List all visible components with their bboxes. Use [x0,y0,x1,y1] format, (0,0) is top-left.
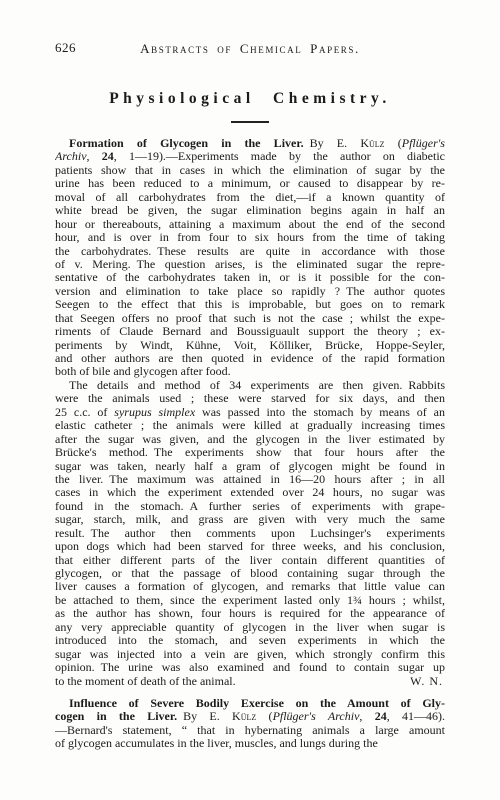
text-line: 25 c.c. of syrupus simplex was passed in… [55,406,445,419]
text-line: found in the stomach. A further series o… [55,500,445,513]
text-line: liver causes a formation of glycogen, an… [55,580,445,593]
section-title: Physiological Chemistry. [0,90,500,108]
text-segment: Seegen to the effect that this is improb… [55,298,445,311]
text-segment: 24 [102,150,114,163]
text-segment: upon dogs which had been starved for thr… [55,540,445,553]
section-divider-rule [231,121,269,123]
text-line: Seegen to the effect that this is improb… [55,298,445,311]
text-line: urine has been reduced to a minimum, or … [55,177,445,190]
text-line: elastic catheter ; the animals were kill… [55,419,445,432]
text-segment: that Seegen offers no proof that such is… [55,312,445,325]
text-line: white bread be given, the sugar eliminat… [55,204,445,217]
text-segment: to the moment of death of the animal. [55,675,236,688]
text-segment: opinion. The urine was also examined and… [55,661,445,674]
text-line: glycogen, or that the passage of blood c… [55,567,445,580]
text-line: both of bile and glycogen after food. [55,365,445,378]
text-segment: , [87,150,102,163]
text-segment: cases in which the experiment extended o… [55,486,445,499]
text-line: sugar, starch, milk, and grass are given… [55,513,445,526]
text-segment: elastic catheter ; the animals were kill… [55,419,445,432]
text-line: the liver. The maximum was attained in 1… [55,473,445,486]
text-segment: ( [256,710,272,723]
text-line: cogen in the Liver. By E. Külz (Pflüger'… [55,710,445,723]
text-segment: By E. [177,710,232,723]
text-line: to the moment of death of the animal.W. … [55,675,445,688]
text-segment: Pflüger's Archiv [273,710,360,723]
text-line: of v. Mering. The question arises, is th… [55,258,445,271]
text-line: of glycogen accumulates in the liver, mu… [55,737,445,750]
text-line: and other authors are then quoted in evi… [55,352,445,365]
text-segment: version and elimination to take place so… [55,285,445,298]
text-line: Formation of Glycogen in the Liver. By E… [55,137,445,150]
text-segment: that either different parts of the liver… [55,554,445,567]
text-segment: Archiv [55,150,87,163]
text-line: —Bernard's statement, “ that in hybernat… [55,724,445,737]
abstracts-container: Formation of Glycogen in the Liver. By E… [55,137,445,751]
text-segment: hour or thereabouts, attaining a maximum… [55,218,445,231]
text-segment: periments by Windt, Kühne, Voit, Köllike… [55,339,445,352]
page-header: 626 Abstracts of Chemical Papers. [55,40,445,56]
text-segment: liver causes a formation of glycogen, an… [55,580,445,593]
text-line: Influence of Severe Bodily Exercise on t… [55,697,445,710]
text-segment: Formation of Glycogen in the Liver. [69,137,304,150]
text-line: Brücke's method. The experiments show th… [55,446,445,459]
text-segment: glycogen, or that the passage of blood c… [55,567,445,580]
text-segment: sugar, starch, milk, and grass are given… [55,513,445,526]
text-line: be attached to them, since the experimen… [55,594,445,607]
text-segment: ( [385,137,402,150]
text-segment: hour, and is over in from four to six ho… [55,231,445,244]
text-segment: any very appreciable quantity of glycoge… [55,621,445,634]
text-segment: By E. [304,137,361,150]
text-line: patients show that in cases in which the… [55,164,445,177]
text-segment: as the author has shown, four hours is r… [55,607,445,620]
text-segment: was passed into the stomach by means of … [195,406,445,419]
text-segment: of v. Mering. The question arises, is th… [55,258,445,271]
author-initials: W. N. [410,675,443,688]
document-page: 626 Abstracts of Chemical Papers. Physio… [0,0,500,800]
text-segment: Brücke's method. The experiments show th… [55,446,445,459]
text-segment: the carbohydrates. These results are qui… [55,245,445,258]
text-segment: and other authors are then quoted in evi… [55,352,445,365]
text-segment: , 1—19).—Experiments made by the author … [114,150,445,163]
text-segment: The details and method of 34 experiments… [69,379,445,392]
text-line: that Seegen offers no proof that such is… [55,312,445,325]
abstract-paragraph: The details and method of 34 experiments… [55,379,445,688]
text-segment: found in the stomach. A further series o… [55,500,445,513]
text-segment: the liver. The maximum was attained in 1… [55,473,445,486]
text-segment: be attached to them, since the experimen… [55,594,445,607]
text-line: sugar was taken, nearly half a gram of g… [55,460,445,473]
text-line: version and elimination to take place so… [55,285,445,298]
text-line: hour, and is over in from four to six ho… [55,231,445,244]
text-segment: sugar was injected into a vein are given… [55,648,445,661]
text-line: periments by Windt, Kühne, Voit, Köllike… [55,339,445,352]
text-segment: patients show that in cases in which the… [55,164,445,177]
abstract-paragraph: Influence of Severe Bodily Exercise on t… [55,697,445,751]
text-line: that either different parts of the liver… [55,554,445,567]
text-line: The details and method of 34 experiments… [55,379,445,392]
text-segment: after the sugar was given, and the glyco… [55,433,445,446]
text-segment: urine has been reduced to a minimum, or … [55,177,445,190]
text-segment: cogen in the Liver. [55,710,177,723]
text-segment: —Bernard's statement, “ that in hybernat… [55,724,445,737]
text-line: sugar was injected into a vein are given… [55,648,445,661]
running-title: Abstracts of Chemical Papers. [55,41,445,57]
text-segment: white bread be given, the sugar eliminat… [55,204,445,217]
text-segment: were the animals used ; these were starv… [55,392,445,405]
text-segment: result. The author then comments upon Lu… [55,527,445,540]
text-segment: 25 c.c. of [55,406,114,419]
text-segment: 24 [375,710,387,723]
text-segment: Külz [360,137,384,150]
text-segment: both of bile and glycogen after food. [55,365,231,378]
text-line: as the author has shown, four hours is r… [55,607,445,620]
text-line: riments of Claude Bernard and Boussiguau… [55,325,445,338]
text-line: result. The author then comments upon Lu… [55,527,445,540]
text-segment: of glycogen accumulates in the liver, mu… [55,737,378,750]
text-line: after the sugar was given, and the glyco… [55,433,445,446]
text-segment: riments of Claude Bernard and Boussiguau… [55,325,445,338]
text-segment: Pflüger's [402,137,445,150]
abstract-paragraph: Formation of Glycogen in the Liver. By E… [55,137,445,379]
text-segment: , [359,710,374,723]
text-line: were the animals used ; these were starv… [55,392,445,405]
text-line: cases in which the experiment extended o… [55,486,445,499]
text-line: sentative of the carbohydrates taken in,… [55,271,445,284]
text-segment: introduced into the stomach, and seven e… [55,634,445,647]
page-body: Formation of Glycogen in the Liver. By E… [55,137,445,751]
text-segment: Influence of Severe Bodily Exercise on t… [69,697,445,710]
text-segment: sentative of the carbohydrates taken in,… [55,271,445,284]
text-segment: Külz [232,710,256,723]
text-segment: syrupus simplex [114,406,195,419]
text-line: introduced into the stomach, and seven e… [55,634,445,647]
text-line: hour or thereabouts, attaining a maximum… [55,218,445,231]
text-segment: moval of all carbohydrates from the diet… [55,191,445,204]
text-line: any very appreciable quantity of glycoge… [55,621,445,634]
text-line: the carbohydrates. These results are qui… [55,245,445,258]
text-line: upon dogs which had been starved for thr… [55,540,445,553]
text-segment: , 41—46). [387,710,445,723]
text-line: opinion. The urine was also examined and… [55,661,445,674]
text-line: moval of all carbohydrates from the diet… [55,191,445,204]
text-segment: sugar was taken, nearly half a gram of g… [55,460,445,473]
text-line: Archiv, 24, 1—19).—Experiments made by t… [55,150,445,163]
